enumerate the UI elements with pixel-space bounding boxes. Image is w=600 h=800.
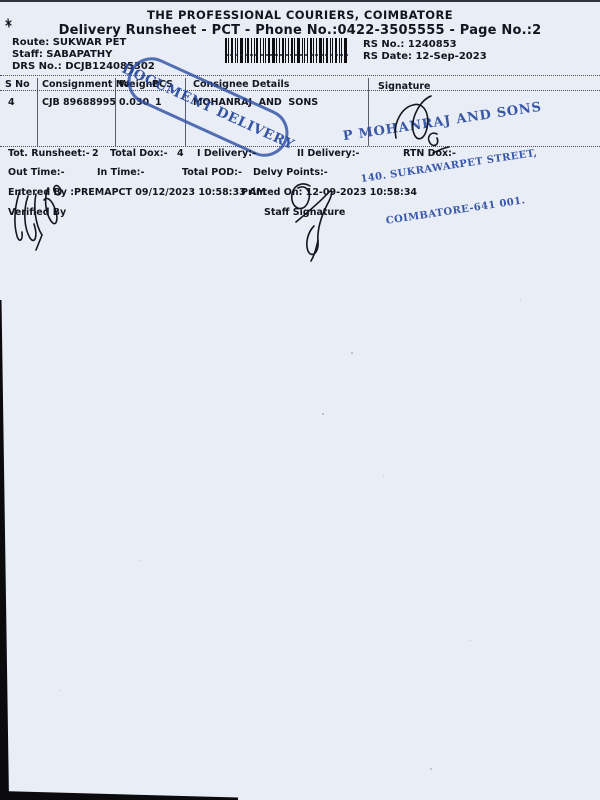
consignee-rubber-stamp: P MOHANRAJ AND SONS 140. SUKRAWARPET STR… [333,69,565,263]
scanned-delivery-runsheet: THE PROFESSIONAL COURIERS, COIMBATORE De… [0,0,600,800]
staff-signature-label: Staff Signature [264,207,345,218]
dust-speck [470,640,471,641]
total-dox-label: Total Dox:- [110,148,168,159]
out-time-label: Out Time:- [8,167,65,178]
dust-speck [322,413,324,415]
printed-on-field: Printed On: 12-09-2023 10:58:34 [241,187,417,198]
delvy-points-label: Delvy Points:- [253,167,328,178]
scan-edge-top [0,0,600,2]
scan-edge-left [0,300,10,800]
cell-consignment-no: CJB 89688995 [42,97,116,108]
i-delivery-label: I Delivery:- [197,148,256,159]
document-title: THE PROFESSIONAL COURIERS, COIMBATORE [0,8,600,22]
rs-date-field: RS Date: 12-Sep-2023 [363,51,487,62]
barcode-icon [225,38,349,64]
dust-speck [430,768,432,770]
document-subtitle: Delivery Runsheet - PCT - Phone No.:0422… [0,23,600,38]
dust-speck [60,690,61,691]
route-field: Route: SUKWAR PET [12,37,126,48]
stamp-name-line: P MOHANRAJ AND SONS [337,99,547,145]
cell-sno: 4 [8,97,15,108]
rtn-dox-label: RTN Dox:- [403,148,456,159]
scan-edge-bottom [0,791,238,800]
total-pod-label: Total POD:- [182,167,242,178]
dust-speck [520,300,521,301]
verified-by-label: Verified By [8,207,66,218]
entered-by-field: Entered By :PREMAPCT 09/12/2023 10:58:33… [8,187,266,198]
column-line-1 [37,78,38,146]
total-dox-value: 4 [177,148,184,159]
ii-delivery-label: II Delivery:- [297,148,359,159]
rs-no-field: RS No.: 1240853 [363,39,457,50]
dust-speck [383,475,384,476]
dust-speck [140,560,141,561]
tot-runsheet-label: Tot. Runsheet:- [8,148,90,159]
tot-runsheet-value: 2 [92,148,99,159]
col-header-sno: S No [5,79,30,90]
in-time-label: In Time:- [97,167,144,178]
col-header-consignment: Consignment No [42,79,130,90]
staff-field: Staff: SABAPATHY [12,49,112,60]
dust-speck [351,352,353,354]
